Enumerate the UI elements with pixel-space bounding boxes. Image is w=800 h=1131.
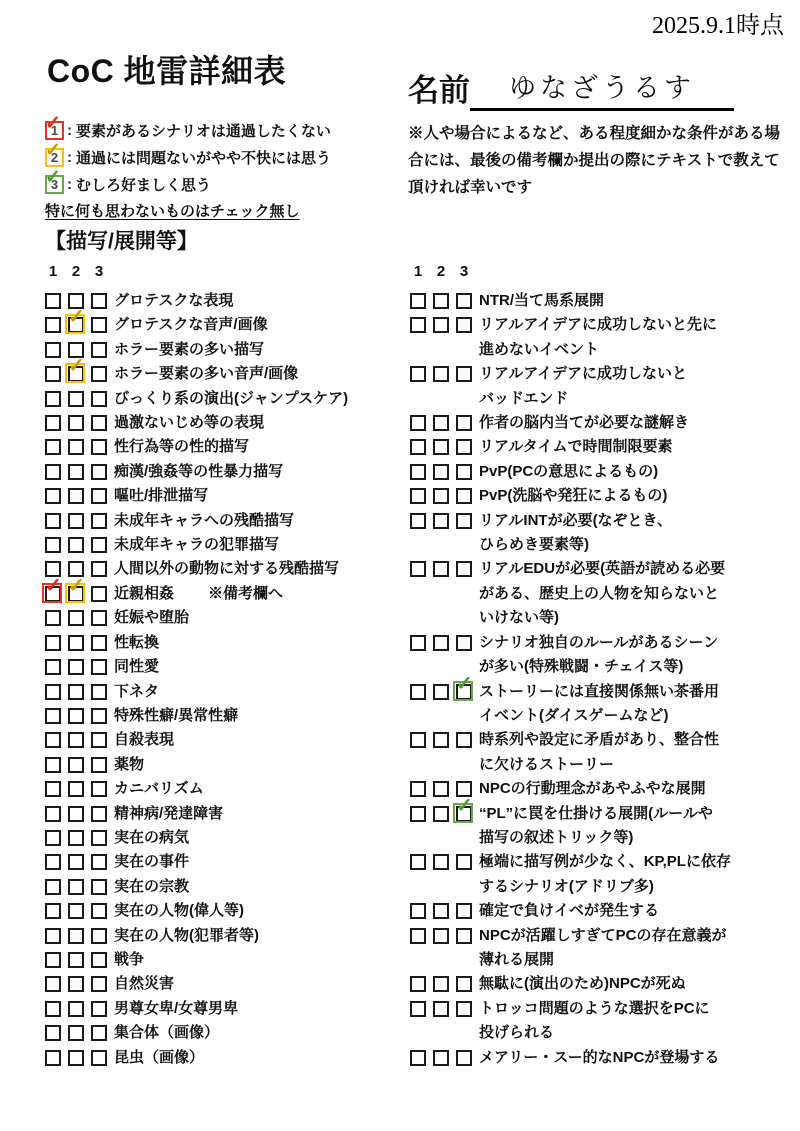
checkbox-2[interactable] xyxy=(68,537,84,553)
checkbox-1[interactable] xyxy=(45,708,61,724)
checkbox-1[interactable] xyxy=(45,879,61,895)
checkbox-group xyxy=(45,948,114,968)
item-label-wrap: 昆虫（画像） xyxy=(114,1046,410,1070)
item-label-wrap: 痴漢/強姦等の性暴力描写 xyxy=(114,460,410,484)
item-label: 性行為等の性的描写 xyxy=(114,438,249,455)
column-header-digit: 3 xyxy=(91,263,107,285)
item-label-wrap: 性転換 xyxy=(114,631,410,655)
checkbox-1[interactable] xyxy=(410,561,426,577)
checkbox-2[interactable] xyxy=(433,635,449,651)
checklist-item: NTR/当て馬系展開 xyxy=(410,289,800,313)
check-icon: ✓ xyxy=(68,356,85,376)
legend-colon: : xyxy=(67,176,72,193)
item-label: 未成年キャラへの残酷描写 xyxy=(114,512,294,529)
checkbox-group xyxy=(45,655,114,675)
item-label-wrap: 自殺表現 xyxy=(114,728,410,752)
checkbox-2[interactable] xyxy=(68,635,84,651)
item-label: 人間以外の動物に対する残酷描写 xyxy=(114,560,339,577)
checkbox-group xyxy=(410,899,479,919)
legend-label: むしろ好ましく思う xyxy=(76,174,211,195)
checkbox-1[interactable] xyxy=(45,684,61,700)
checklist-item: 薬物 xyxy=(45,753,410,777)
legend-checkbox-2: 2✓ xyxy=(45,148,64,167)
checkbox-3[interactable] xyxy=(91,903,107,919)
checkbox-1[interactable] xyxy=(45,635,61,651)
checkbox-group xyxy=(410,631,479,651)
checkbox-1[interactable] xyxy=(45,513,61,529)
item-label-wrap: リアルEDUが必要(英語が読める必要 がある、歴史上の人物を知らないと いけない… xyxy=(479,557,800,630)
checkbox-3[interactable] xyxy=(91,854,107,870)
checkbox-2[interactable] xyxy=(433,1050,449,1066)
checkbox-group xyxy=(45,802,114,822)
checkbox-3[interactable] xyxy=(456,464,472,480)
checkbox-1[interactable] xyxy=(410,806,426,822)
checkbox-1[interactable]: ✓ xyxy=(45,586,61,602)
checkbox-group: ✓ xyxy=(45,362,114,382)
checkbox-3[interactable] xyxy=(91,952,107,968)
checkbox-group xyxy=(45,850,114,870)
item-label-wrap: リアルINTが必要(なぞとき、 ひらめき要素等) xyxy=(479,509,800,558)
checkbox-3[interactable] xyxy=(91,610,107,626)
checkbox-2[interactable] xyxy=(68,952,84,968)
checkbox-2[interactable] xyxy=(68,464,84,480)
item-label: 性転換 xyxy=(114,634,159,651)
item-label: 作者の脳内当てが必要な謎解き xyxy=(479,414,689,431)
item-label: 近親相姦 xyxy=(114,585,174,602)
column-header-digit: 2 xyxy=(68,263,84,285)
checkbox-3[interactable] xyxy=(456,513,472,529)
checklist-item: 実在の人物(偉人等) xyxy=(45,899,410,923)
checkbox-group xyxy=(410,997,479,1017)
item-label-wrap: カニバリズム xyxy=(114,777,410,801)
item-label-wrap: 確定で負けイベが発生する xyxy=(479,899,800,923)
checkbox-group xyxy=(410,411,479,431)
checklist-item: リアルEDUが必要(英語が読める必要 がある、歴史上の人物を知らないと いけない… xyxy=(410,557,800,630)
item-label: 極端に描写例が少なく、KP,PLに依存 するシナリオ(アドリブ多) xyxy=(479,853,731,894)
checkbox-1[interactable] xyxy=(45,781,61,797)
checkbox-2[interactable] xyxy=(68,415,84,431)
check-icon: ✓ xyxy=(45,141,61,160)
checklist-item: 男尊女卑/女尊男卑 xyxy=(45,997,410,1021)
checkbox-3[interactable] xyxy=(456,317,472,333)
item-label: “PL”に罠を仕掛ける展開(ルールや 描写の叙述トリック等) xyxy=(479,805,713,846)
checkbox-2[interactable] xyxy=(433,806,449,822)
column-header-digit: 2 xyxy=(433,263,449,285)
checkbox-group xyxy=(45,606,114,626)
item-label-wrap: ストーリーには直接関係無い茶番用 イベント(ダイスゲームなど) xyxy=(479,680,800,729)
item-label: グロテスクな表現 xyxy=(114,292,233,309)
checkbox-2[interactable] xyxy=(433,415,449,431)
item-label-wrap: 近親相姦※備考欄へ xyxy=(114,582,410,606)
checkbox-2[interactable] xyxy=(68,1050,84,1066)
item-label-wrap: 下ネタ xyxy=(114,680,410,704)
checkbox-1[interactable] xyxy=(410,513,426,529)
item-label: シナリオ独自のルールがあるシーン が多い(特殊戦闘・チェイス等) xyxy=(479,634,718,675)
item-label-wrap: 実在の病気 xyxy=(114,826,410,850)
checklist-column-left: 123 グロテスクな表現✓グロテスクな音声/画像ホラー要素の多い描写✓ホラー要素… xyxy=(45,263,410,1070)
checkbox-group xyxy=(45,777,114,797)
checklist-item: 性転換 xyxy=(45,631,410,655)
checkbox-2[interactable] xyxy=(68,757,84,773)
checkbox-3[interactable] xyxy=(91,439,107,455)
checkbox-group xyxy=(410,924,479,944)
checkbox-1[interactable] xyxy=(45,659,61,675)
checkbox-1[interactable] xyxy=(45,1050,61,1066)
checkbox-3[interactable] xyxy=(456,976,472,992)
column-header-digit: 3 xyxy=(456,263,472,285)
item-label-wrap: 実在の宗教 xyxy=(114,875,410,899)
checklist-item: 自殺表現 xyxy=(45,728,410,752)
checkbox-2[interactable] xyxy=(68,659,84,675)
checkbox-1[interactable] xyxy=(410,903,426,919)
item-label: 過激ないじめ等の表現 xyxy=(114,414,264,431)
item-label: PvP(PCの意思によるもの) xyxy=(479,463,658,480)
checklist-item: ✓グロテスクな音声/画像 xyxy=(45,313,410,337)
checkbox-3[interactable] xyxy=(91,366,107,382)
checkbox-1[interactable] xyxy=(410,928,426,944)
checkbox-2[interactable] xyxy=(433,854,449,870)
date-note: 2025.9.1時点 xyxy=(652,5,784,40)
checkbox-1[interactable] xyxy=(410,1050,426,1066)
checkbox-1[interactable] xyxy=(410,293,426,309)
item-label-wrap: グロテスクな音声/画像 xyxy=(114,313,410,337)
checkbox-2[interactable] xyxy=(68,903,84,919)
checkbox-3[interactable] xyxy=(456,1001,472,1017)
checkbox-3[interactable]: ✓ xyxy=(456,806,472,822)
checkbox-2[interactable] xyxy=(68,854,84,870)
item-label: 男尊女卑/女尊男卑 xyxy=(114,1000,238,1017)
item-label: ホラー要素の多い音声/画像 xyxy=(114,365,298,382)
checkbox-3[interactable] xyxy=(91,586,107,602)
checkbox-1[interactable] xyxy=(45,903,61,919)
legend-colon: : xyxy=(67,122,72,139)
item-label: 確定で負けイベが発生する xyxy=(479,902,659,919)
checkbox-3[interactable] xyxy=(91,342,107,358)
item-label: 精神病/発達障害 xyxy=(114,805,223,822)
item-label-wrap: グロテスクな表現 xyxy=(114,289,410,313)
checkbox-1[interactable] xyxy=(45,342,61,358)
checkbox-1[interactable] xyxy=(410,317,426,333)
checkbox-2[interactable]: ✓ xyxy=(68,317,84,333)
checkbox-2[interactable] xyxy=(68,928,84,944)
check-icon: ✓ xyxy=(456,674,473,694)
legend-label: 要素があるシナリオは通過したくない xyxy=(76,120,331,141)
item-label-wrap: びっくり系の演出(ジャンプスケア) xyxy=(114,387,410,411)
checkbox-1[interactable] xyxy=(45,830,61,846)
checkbox-2[interactable] xyxy=(433,781,449,797)
checkbox-1[interactable] xyxy=(410,732,426,748)
checkbox-2[interactable] xyxy=(68,732,84,748)
conditions-note: ※人や場合によるなど、ある程度細かな条件がある場合には、最後の備考欄か提出の際に… xyxy=(408,120,793,201)
checkbox-2[interactable] xyxy=(68,879,84,895)
item-label-wrap: PvP(洗脳や発狂によるもの) xyxy=(479,484,800,508)
checkbox-3[interactable] xyxy=(91,1050,107,1066)
item-label-wrap: 極端に描写例が少なく、KP,PLに依存 するシナリオ(アドリブ多) xyxy=(479,850,800,899)
item-label: リアルアイデアに成功しないと先に 進めないイベント xyxy=(479,316,717,357)
legend-item: 2✓:通過には問題ないがやや不快には思う xyxy=(45,144,331,171)
checklist-item: トロッコ問題のような選択をPCに 投げられる xyxy=(410,997,800,1046)
checkbox-2[interactable]: ✓ xyxy=(68,366,84,382)
checkbox-group xyxy=(45,924,114,944)
checkbox-group xyxy=(45,997,114,1017)
checkbox-1[interactable] xyxy=(45,854,61,870)
checklist-item: PvP(洗脳や発狂によるもの) xyxy=(410,484,800,508)
checkbox-3[interactable] xyxy=(456,415,472,431)
checkbox-3[interactable] xyxy=(456,732,472,748)
item-label-wrap: NPCの行動理念があやふやな展開 xyxy=(479,777,800,801)
checkbox-3[interactable] xyxy=(91,1025,107,1041)
column-header-digit: 1 xyxy=(410,263,426,285)
checkbox-1[interactable] xyxy=(45,806,61,822)
name-input[interactable]: ゆなざうるす xyxy=(470,66,734,111)
checklist-item: 作者の脳内当てが必要な謎解き xyxy=(410,411,800,435)
checkbox-3[interactable] xyxy=(456,903,472,919)
checkbox-2[interactable] xyxy=(68,806,84,822)
checkbox-2[interactable] xyxy=(68,488,84,504)
checkbox-group xyxy=(45,753,114,773)
checkbox-1[interactable] xyxy=(410,976,426,992)
checklist-item: 戦争 xyxy=(45,948,410,972)
checkbox-3[interactable] xyxy=(456,1050,472,1066)
section-title: 【描写/展開等】 xyxy=(45,225,198,255)
checkbox-1[interactable] xyxy=(45,1001,61,1017)
checklist-item: 確定で負けイベが発生する xyxy=(410,899,800,923)
checkbox-3[interactable] xyxy=(91,659,107,675)
checkbox-2[interactable] xyxy=(433,464,449,480)
checkbox-2[interactable] xyxy=(433,488,449,504)
checkbox-2[interactable] xyxy=(433,732,449,748)
checkbox-1[interactable] xyxy=(45,391,61,407)
checkbox-3[interactable] xyxy=(456,293,472,309)
checkbox-group xyxy=(410,362,479,382)
checkbox-3[interactable] xyxy=(91,806,107,822)
column-header-digit: 1 xyxy=(45,263,61,285)
checkbox-1[interactable] xyxy=(45,928,61,944)
checkbox-1[interactable] xyxy=(410,488,426,504)
checkbox-1[interactable] xyxy=(410,415,426,431)
item-label-wrap: 男尊女卑/女尊男卑 xyxy=(114,997,410,1021)
checkbox-3[interactable] xyxy=(456,439,472,455)
checkbox-3[interactable] xyxy=(91,488,107,504)
item-label: ストーリーには直接関係無い茶番用 イベント(ダイスゲームなど) xyxy=(479,683,719,724)
checkbox-2[interactable] xyxy=(68,1025,84,1041)
checkbox-3[interactable] xyxy=(456,635,472,651)
checkbox-1[interactable] xyxy=(45,952,61,968)
item-label: 戦争 xyxy=(114,951,144,968)
checkbox-group: ✓ xyxy=(410,802,479,822)
item-label: 実在の事件 xyxy=(114,853,189,870)
checkbox-3[interactable] xyxy=(91,928,107,944)
checklist-item: 下ネタ xyxy=(45,680,410,704)
checkbox-2[interactable] xyxy=(433,513,449,529)
checkbox-1[interactable] xyxy=(410,635,426,651)
checkbox-group xyxy=(45,387,114,407)
checkbox-3[interactable] xyxy=(456,488,472,504)
item-label: 下ネタ xyxy=(114,683,159,700)
checkbox-1[interactable] xyxy=(45,488,61,504)
checkbox-1[interactable] xyxy=(45,317,61,333)
item-label-wrap: 精神病/発達障害 xyxy=(114,802,410,826)
name-label: 名前 xyxy=(408,71,470,111)
item-label: NPCの行動理念があやふやな展開 xyxy=(479,780,706,797)
checklist-item: 無駄に(演出のため)NPCが死ぬ xyxy=(410,972,800,996)
item-label-wrap: ホラー要素の多い描写 xyxy=(114,338,410,362)
checkbox-3[interactable] xyxy=(91,293,107,309)
checkbox-group xyxy=(45,509,114,529)
checkbox-1[interactable] xyxy=(45,1025,61,1041)
checkbox-group xyxy=(45,728,114,748)
checkbox-2[interactable] xyxy=(68,513,84,529)
item-label: 妊娠や堕胎 xyxy=(114,609,189,626)
checkbox-group xyxy=(45,533,114,553)
checkbox-2[interactable] xyxy=(433,293,449,309)
checkbox-1[interactable] xyxy=(410,684,426,700)
checklist-item: リアルアイデアに成功しないと先に 進めないイベント xyxy=(410,313,800,362)
checkbox-group xyxy=(45,631,114,651)
checkbox-group xyxy=(45,1021,114,1041)
checkbox-3[interactable] xyxy=(91,513,107,529)
checkbox-3[interactable] xyxy=(456,366,472,382)
checkbox-2[interactable] xyxy=(433,928,449,944)
checkbox-2[interactable] xyxy=(433,684,449,700)
checkbox-2[interactable] xyxy=(68,1001,84,1017)
checkbox-2[interactable] xyxy=(433,1001,449,1017)
item-label-wrap: 実在の人物(偉人等) xyxy=(114,899,410,923)
item-label: リアルINTが必要(なぞとき、 ひらめき要素等) xyxy=(479,512,672,553)
checkbox-group xyxy=(45,680,114,700)
checklist-columns: 123 グロテスクな表現✓グロテスクな音声/画像ホラー要素の多い描写✓ホラー要素… xyxy=(45,263,800,1070)
legend-checkbox-1: 1✓ xyxy=(45,121,64,140)
checklist-item: 実在の宗教 xyxy=(45,875,410,899)
item-label-wrap: 集合体（画像） xyxy=(114,1021,410,1045)
checkbox-group xyxy=(410,460,479,480)
checkbox-3[interactable]: ✓ xyxy=(456,684,472,700)
checkbox-1[interactable] xyxy=(45,464,61,480)
checkbox-1[interactable] xyxy=(410,781,426,797)
item-label-wrap: 嘔吐/排泄描写 xyxy=(114,484,410,508)
checklist-item: ホラー要素の多い描写 xyxy=(45,338,410,362)
checkbox-2[interactable] xyxy=(433,976,449,992)
checkbox-3[interactable] xyxy=(456,854,472,870)
checkbox-1[interactable] xyxy=(45,732,61,748)
checklist-item: グロテスクな表現 xyxy=(45,289,410,313)
checkbox-1[interactable] xyxy=(45,439,61,455)
item-label: 自殺表現 xyxy=(114,731,174,748)
checkbox-2[interactable] xyxy=(433,317,449,333)
checkbox-group xyxy=(410,435,479,455)
item-label-wrap: 実在の事件 xyxy=(114,850,410,874)
checkbox-group xyxy=(410,728,479,748)
checkbox-3[interactable] xyxy=(91,879,107,895)
item-label-wrap: メアリー・スー的なNPCが登場する xyxy=(479,1046,800,1070)
item-label: 特殊性癖/異常性癖 xyxy=(114,707,238,724)
checkbox-1[interactable] xyxy=(410,439,426,455)
item-label: 実在の病気 xyxy=(114,829,189,846)
checklist-item: ✓ストーリーには直接関係無い茶番用 イベント(ダイスゲームなど) xyxy=(410,680,800,729)
checkbox-3[interactable] xyxy=(91,464,107,480)
checkbox-1[interactable] xyxy=(45,293,61,309)
checkbox-2[interactable]: ✓ xyxy=(68,586,84,602)
item-label-wrap: 同性愛 xyxy=(114,655,410,679)
checkbox-2[interactable] xyxy=(433,439,449,455)
checkbox-2[interactable] xyxy=(433,561,449,577)
checkbox-group xyxy=(410,313,479,333)
legend-label: 通過には問題ないがやや不快には思う xyxy=(76,147,331,168)
checklist-item: リアルINTが必要(なぞとき、 ひらめき要素等) xyxy=(410,509,800,558)
page-title: CoC 地雷詳細表 xyxy=(47,46,286,92)
checkbox-1[interactable] xyxy=(45,537,61,553)
checkbox-3[interactable] xyxy=(91,781,107,797)
item-label-wrap: トロッコ問題のような選択をPCに 投げられる xyxy=(479,997,800,1046)
check-icon: ✓ xyxy=(456,796,473,816)
checkbox-group: ✓✓ xyxy=(45,582,114,602)
checkbox-3[interactable] xyxy=(91,976,107,992)
item-label: 痴漢/強姦等の性暴力描写 xyxy=(114,463,283,480)
item-label-wrap: シナリオ独自のルールがあるシーン が多い(特殊戦闘・チェイス等) xyxy=(479,631,800,680)
checkbox-2[interactable] xyxy=(433,903,449,919)
check-icon: ✓ xyxy=(45,114,61,133)
checkbox-2[interactable] xyxy=(68,781,84,797)
checkbox-2[interactable] xyxy=(68,391,84,407)
checkbox-3[interactable] xyxy=(91,708,107,724)
checkbox-3[interactable] xyxy=(91,561,107,577)
item-label-wrap: 過激ないじめ等の表現 xyxy=(114,411,410,435)
checkbox-3[interactable] xyxy=(456,928,472,944)
column-header-123: 123 xyxy=(45,263,410,285)
item-label: 実在の宗教 xyxy=(114,878,189,895)
legend-colon: : xyxy=(67,149,72,166)
checkbox-3[interactable] xyxy=(91,757,107,773)
checkbox-1[interactable] xyxy=(45,757,61,773)
checkbox-3[interactable] xyxy=(456,561,472,577)
checkbox-1[interactable] xyxy=(45,610,61,626)
checkbox-group xyxy=(45,435,114,455)
checklist-item: 時系列や設定に矛盾があり、整合性 に欠けるストーリー xyxy=(410,728,800,777)
checkbox-2[interactable] xyxy=(68,708,84,724)
checkbox-2[interactable] xyxy=(68,830,84,846)
check-icon: ✓ xyxy=(68,307,85,327)
checkbox-3[interactable] xyxy=(91,732,107,748)
checkbox-3[interactable] xyxy=(91,391,107,407)
item-label: 未成年キャラの犯罪描写 xyxy=(114,536,279,553)
checkbox-3[interactable] xyxy=(91,830,107,846)
item-label-wrap: リアルアイデアに成功しないと バッドエンド xyxy=(479,362,800,411)
checkbox-2[interactable] xyxy=(68,439,84,455)
checkbox-3[interactable] xyxy=(91,1001,107,1017)
checkbox-3[interactable] xyxy=(91,317,107,333)
checkbox-1[interactable] xyxy=(410,464,426,480)
item-label-wrap: 妊娠や堕胎 xyxy=(114,606,410,630)
checkbox-2[interactable] xyxy=(68,610,84,626)
checkbox-3[interactable] xyxy=(91,635,107,651)
checkbox-2[interactable] xyxy=(68,976,84,992)
checkbox-1[interactable] xyxy=(45,366,61,382)
checkbox-1[interactable] xyxy=(410,854,426,870)
check-icon: ✓ xyxy=(68,576,85,596)
checkbox-1[interactable] xyxy=(45,415,61,431)
checkbox-3[interactable] xyxy=(91,684,107,700)
item-label-wrap: 未成年キャラの犯罪描写 xyxy=(114,533,410,557)
item-label-wrap: PvP(PCの意思によるもの) xyxy=(479,460,800,484)
checkbox-1[interactable] xyxy=(45,976,61,992)
checkbox-2[interactable] xyxy=(68,684,84,700)
checkbox-1[interactable] xyxy=(410,366,426,382)
checkbox-2[interactable] xyxy=(433,366,449,382)
checkbox-3[interactable] xyxy=(91,415,107,431)
checkbox-1[interactable] xyxy=(410,1001,426,1017)
checkbox-3[interactable] xyxy=(91,537,107,553)
item-label: 同性愛 xyxy=(114,658,159,675)
